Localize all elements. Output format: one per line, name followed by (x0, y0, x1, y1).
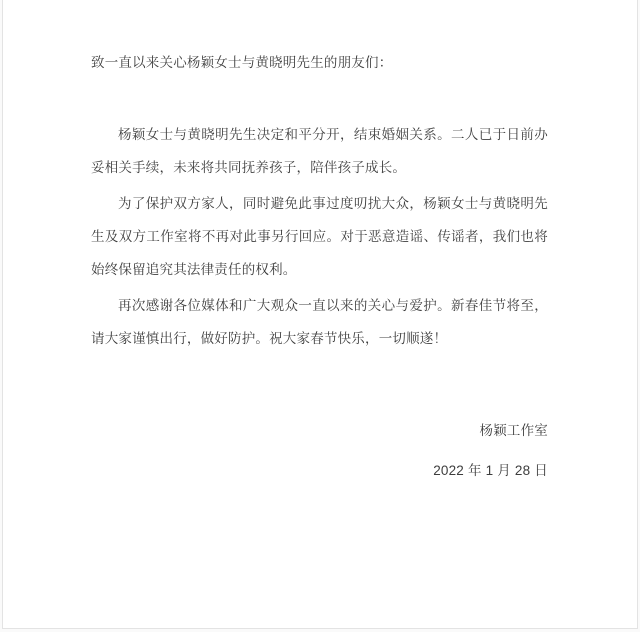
salutation-line: 致一直以来关心杨颖女士与黄晓明先生的朋友们： (91, 46, 548, 79)
body-paragraph-1: 杨颖女士与黄晓明先生决定和平分开，结束婚姻关系。二人已于日前办妥相关手续，未来将… (91, 118, 548, 184)
body-paragraph-2: 为了保护双方家人，同时避免此事过度叨扰大众，杨颖女士与黄晓明先生及双方工作室将不… (91, 187, 548, 286)
signature-studio-name: 杨颖工作室 (91, 414, 548, 447)
signature-date: 2022 年 1 月 28 日 (91, 454, 548, 487)
body-paragraph-3: 再次感谢各位媒体和广大观众一直以来的关心与爱护。新春佳节将至，请大家谨慎出行，做… (91, 289, 548, 355)
statement-letter-page: 致一直以来关心杨颖女士与黄晓明先生的朋友们： 杨颖女士与黄晓明先生决定和平分开，… (2, 0, 638, 629)
